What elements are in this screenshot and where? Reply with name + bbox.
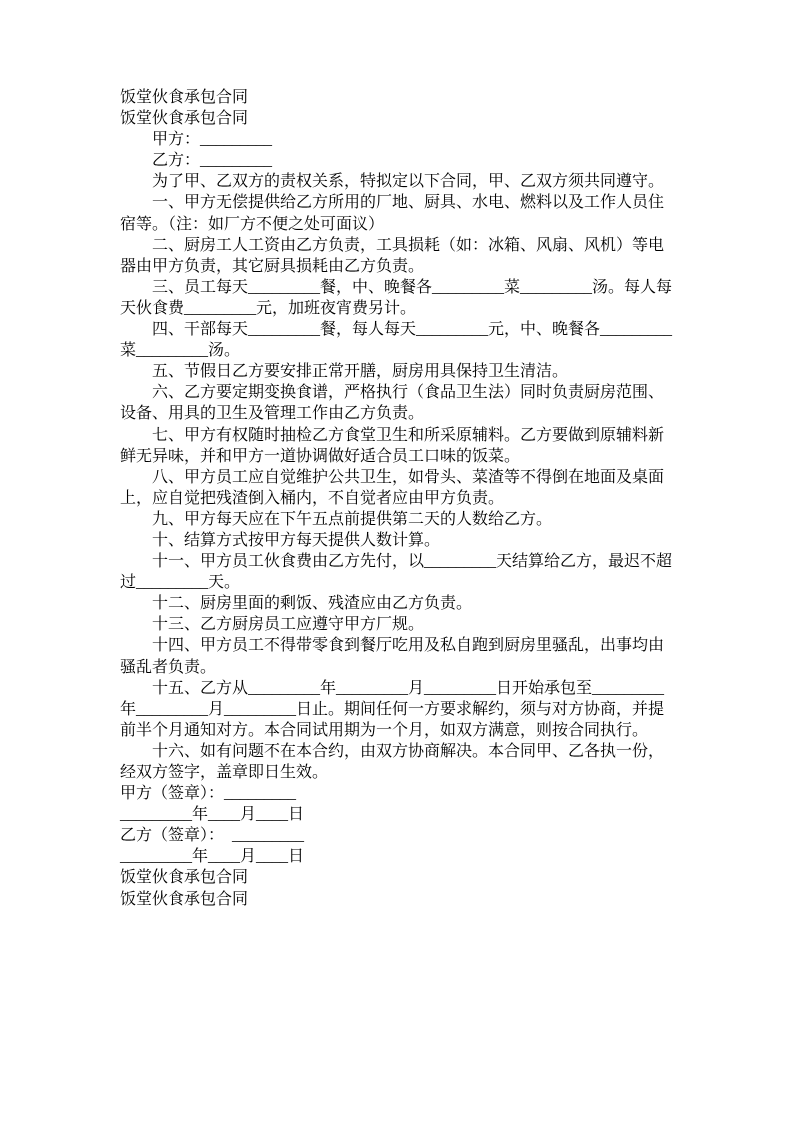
document-line: 四、干部每天_________餐，每人每天_________元，中、晚餐各___… <box>120 319 685 340</box>
document-line: 过_________天。 <box>120 572 685 593</box>
document-line: 八、甲方员工应自觉维护公共卫生，如骨头、菜渣等不得倒在地面及桌面 <box>120 467 685 488</box>
document-line: 五、节假日乙方要安排正常开膳，厨房用具保持卫生清洁。 <box>120 361 685 382</box>
document-line: 甲方：_________ <box>120 129 685 150</box>
document-line: 甲方（签章）：_________ <box>120 783 685 804</box>
document-line: _________年____月____日 <box>120 846 685 867</box>
document-line: 二、厨房工人工资由乙方负责，工具损耗（如：冰箱、风扇、风机）等电 <box>120 235 685 256</box>
document-line: 三、员工每天_________餐，中、晚餐各_________菜________… <box>120 277 685 298</box>
document-line: 上，应自觉把残渣倒入桶内，不自觉者应由甲方负责。 <box>120 488 685 509</box>
document-line: 十、结算方式按甲方每天提供人数计算。 <box>120 530 685 551</box>
document-line: 十一、甲方员工伙食费由乙方先付，以_________天结算给乙方，最迟不超 <box>120 551 685 572</box>
document-line: 年_________月_________日止。期间任何一方要求解约，须与对方协商… <box>120 699 685 720</box>
document-line: 设备、用具的卫生及管理工作由乙方负责。 <box>120 403 685 424</box>
document-line: 天伙食费_________元，加班夜宵费另计。 <box>120 298 685 319</box>
document-line: 一、甲方无偿提供给乙方所用的厂地、厨具、水电、燃料以及工作人员住 <box>120 192 685 213</box>
document-line: 鲜无异味，并和甲方一道协调做好适合员工口味的饭菜。 <box>120 446 685 467</box>
document-line: 为了甲、乙双方的责权关系，特拟定以下合同，甲、乙双方须共同遵守。 <box>120 171 685 192</box>
document-line: 九、甲方每天应在下午五点前提供第二天的人数给乙方。 <box>120 509 685 530</box>
document-line: 饭堂伙食承包合同 <box>120 867 685 888</box>
document-line: 十三、乙方厨房员工应遵守甲方厂规。 <box>120 614 685 635</box>
document-line: 前半个月通知对方。本合同试用期为一个月，如双方满意，则按合同执行。 <box>120 720 685 741</box>
document-line: 十五、乙方从_________年_________月_________日开始承包… <box>120 678 685 699</box>
document-line: 器由甲方负责，其它厨具损耗由乙方负责。 <box>120 256 685 277</box>
document-line: 十二、厨房里面的剩饭、残渣应由乙方负责。 <box>120 593 685 614</box>
document-line: 菜_________汤。 <box>120 340 685 361</box>
document-line: 饭堂伙食承包合同 <box>120 889 685 910</box>
document-line: 乙方（签章）： _________ <box>120 825 685 846</box>
document-line: 六、乙方要定期变换食谱，严格执行（食品卫生法）同时负责厨房范围、 <box>120 382 685 403</box>
document-line: 乙方：_________ <box>120 150 685 171</box>
document-line: 饭堂伙食承包合同 <box>120 87 685 108</box>
document-line: 七、甲方有权随时抽检乙方食堂卫生和所采原辅料。乙方要做到原辅料新 <box>120 425 685 446</box>
document-line: 十四、甲方员工不得带零食到餐厅吃用及私自跑到厨房里骚乱，出事均由 <box>120 635 685 656</box>
document-line: 骚乱者负责。 <box>120 657 685 678</box>
document-line: 饭堂伙食承包合同 <box>120 108 685 129</box>
document-line: _________年____月____日 <box>120 804 685 825</box>
document-line: 宿等。（注：如厂方不便之处可面议） <box>120 214 685 235</box>
document-line: 经双方签字，盖章即日生效。 <box>120 762 685 783</box>
document-body: 饭堂伙食承包合同饭堂伙食承包合同甲方：_________乙方：_________… <box>120 87 685 910</box>
document-line: 十六、如有问题不在本合约，由双方协商解决。本合同甲、乙各执一份， <box>120 741 685 762</box>
document-page: 饭堂伙食承包合同饭堂伙食承包合同甲方：_________乙方：_________… <box>0 0 800 1132</box>
